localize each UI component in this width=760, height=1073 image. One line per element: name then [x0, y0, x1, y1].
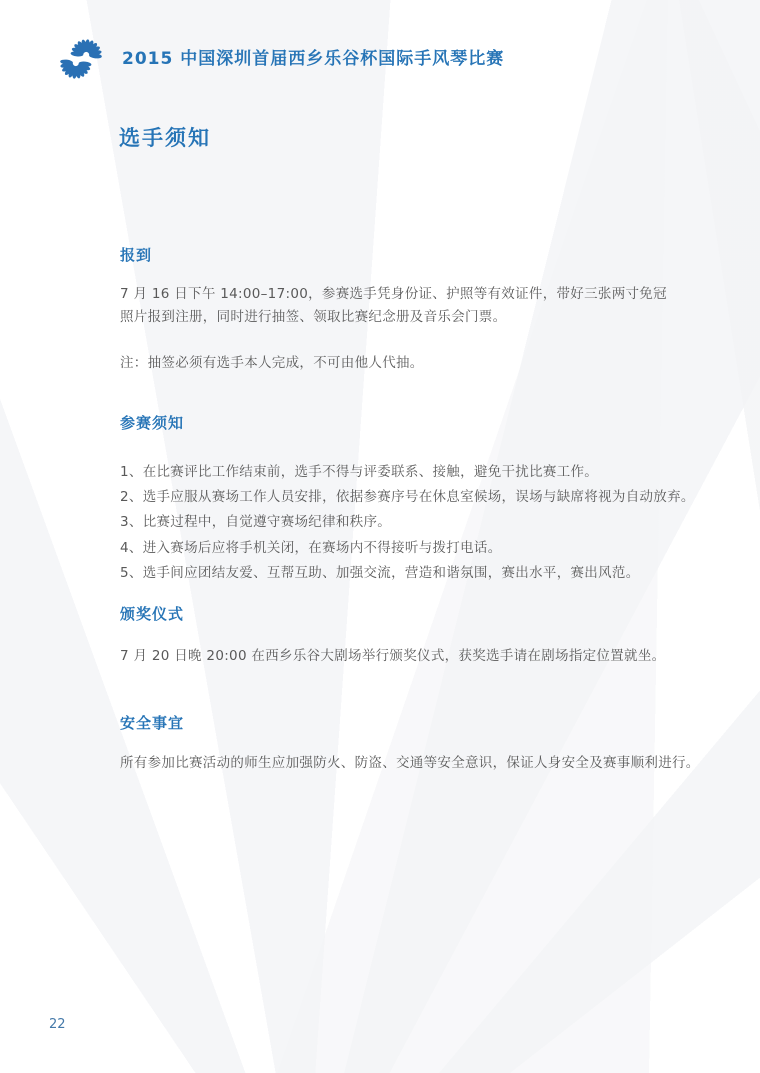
note-paragraph: 注：抽签必须有选手本人完成，不可由他人代抽。	[120, 352, 668, 375]
header-title: 2015 中国深圳首届西乡乐谷杯国际手风琴比赛	[122, 48, 504, 70]
section-heading: 颁奖仪式	[120, 603, 668, 625]
page-number: 22	[49, 1017, 66, 1032]
section-checkin: 报到 7 月 16 日下午 14:00–17:00，参赛选手凭身份证、护照等有效…	[120, 244, 668, 375]
page-title: 选手须知	[119, 122, 211, 152]
section-heading: 安全事宜	[120, 712, 668, 734]
section-safety: 安全事宜 所有参加比赛活动的师生应加强防火、防盗、交通等安全意识，保证人身安全及…	[120, 712, 668, 775]
document-page: 2015 中国深圳首届西乡乐谷杯国际手风琴比赛 选手须知 报到 7 月 16 日…	[0, 0, 760, 1073]
list-item: 3、比赛过程中，自觉遵守赛场纪律和秩序。	[120, 510, 668, 535]
list-item: 5、选手间应团结友爱、互帮互助、加强交流，营造和谐氛围，赛出水平，赛出风范。	[120, 561, 668, 586]
list-item: 2、选手应服从赛场工作人员安排，依据参赛序号在休息室候场，误场与缺席将视为自动放…	[120, 485, 668, 510]
body-paragraph: 所有参加比赛活动的师生应加强防火、防盗、交通等安全意识，保证人身安全及赛事顺利进…	[120, 752, 668, 775]
section-heading: 报到	[120, 244, 668, 266]
page-header: 2015 中国深圳首届西乡乐谷杯国际手风琴比赛	[52, 32, 504, 86]
section-rules: 参赛须知 1、在比赛评比工作结束前，选手不得与评委联系、接触，避免干扰比赛工作。…	[120, 412, 668, 586]
flower-logo-icon	[52, 32, 110, 86]
section-awards: 颁奖仪式 7 月 20 日晚 20:00 在西乡乐谷大剧场举行颁奖仪式，获奖选手…	[120, 603, 668, 668]
rules-list: 1、在比赛评比工作结束前，选手不得与评委联系、接触，避免干扰比赛工作。 2、选手…	[120, 460, 668, 586]
list-item: 4、进入赛场后应将手机关闭，在赛场内不得接听与拨打电话。	[120, 536, 668, 561]
body-paragraph: 7 月 20 日晚 20:00 在西乡乐谷大剧场举行颁奖仪式，获奖选手请在剧场指…	[120, 645, 668, 668]
body-paragraph: 7 月 16 日下午 14:00–17:00，参赛选手凭身份证、护照等有效证件，…	[120, 283, 668, 329]
section-heading: 参赛须知	[120, 412, 668, 434]
list-item: 1、在比赛评比工作结束前，选手不得与评委联系、接触，避免干扰比赛工作。	[120, 460, 668, 485]
